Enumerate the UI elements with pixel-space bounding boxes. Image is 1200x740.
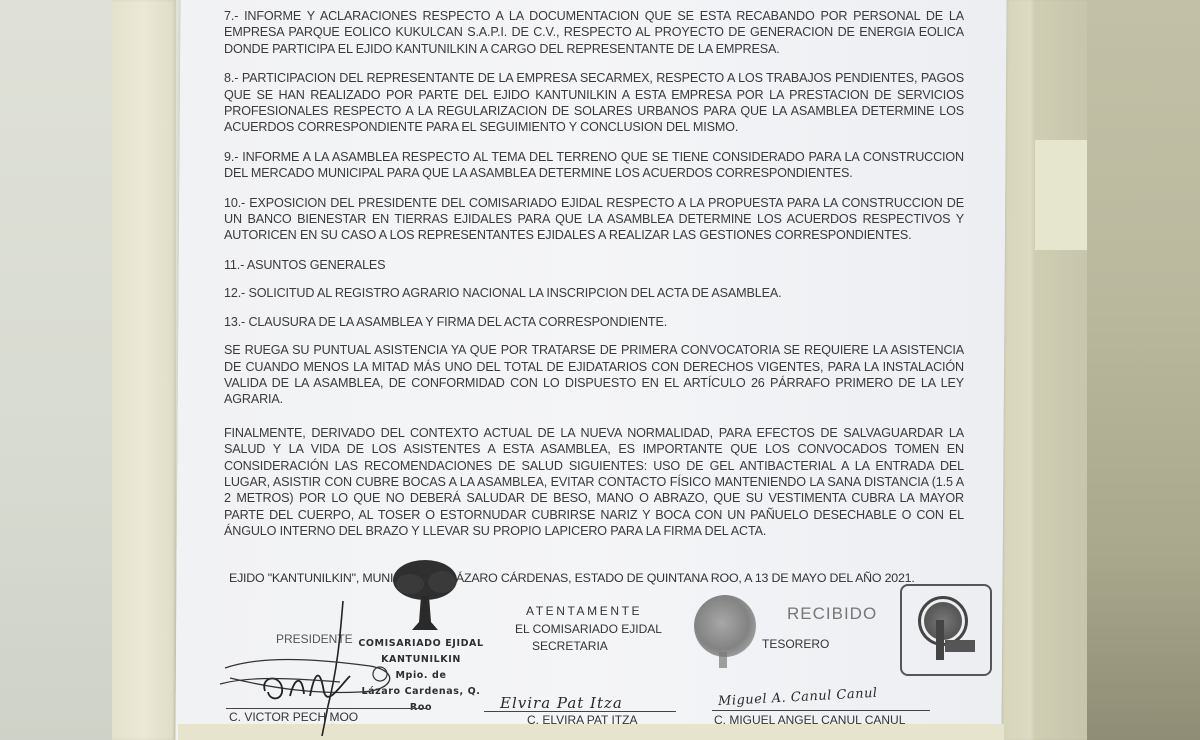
background-left: [0, 0, 112, 740]
secretaria-role: SECRETARIA: [532, 639, 608, 653]
tape-strip-left: [112, 0, 176, 740]
signature-line-treasurer: [712, 710, 930, 711]
health-notice: FINALMENTE, DERIVADO DEL CONTEXTO ACTUAL…: [224, 425, 964, 540]
agenda-item-11: 11.- ASUNTOS GENERALES: [224, 257, 964, 273]
logo-bar-icon: [936, 620, 944, 660]
round-stamp-icon: [694, 595, 756, 657]
received-stamp: RECIBIDO: [787, 604, 877, 624]
agenda-item-8: 8.- PARTICIPACION DEL REPRESENTANTE DE L…: [224, 70, 964, 136]
signer-name-secretary: C. ELVIRA PAT ITZA: [527, 713, 637, 727]
agenda-item-7: 7.- INFORME Y ACLARACIONES RESPECTO A LA…: [224, 8, 964, 57]
comisariado-label: EL COMISARIADO EJIDAL: [515, 622, 662, 636]
closing-text: ATENTAMENTE: [526, 604, 642, 618]
agenda-item-12: 12.- SOLICITUD AL REGISTRO AGRARIO NACIO…: [224, 285, 964, 301]
agenda-item-9: 9.- INFORME A LA ASAMBLEA RESPECTO AL TE…: [224, 149, 964, 182]
signature-line-president: [226, 708, 426, 709]
signer-name-treasurer: C. MIGUEL ANGEL CANUL CANUL: [714, 713, 905, 727]
attendance-notice: SE RUEGA SU PUNTUAL ASISTENCIA YA QUE PO…: [224, 342, 964, 408]
agenda-item-13: 13.- CLAUSURA DE LA ASAMBLEA Y FIRMA DEL…: [224, 314, 964, 330]
tesorero-role: TESORERO: [762, 637, 829, 651]
place-and-date: EJIDO "KANTUNILKIN", MUNICIPIO DE LÁZARO…: [229, 571, 915, 585]
tape-patch: [1035, 140, 1087, 250]
document-body: 7.- INFORME Y ACLARACIONES RESPECTO A LA…: [224, 8, 964, 557]
signer-name-president: C. VICTOR PECH MOO: [229, 710, 358, 724]
secretary-signature: Elvira Pat Itza: [500, 694, 623, 712]
round-stamp-stem: [719, 652, 727, 668]
agenda-item-10: 10.- EXPOSICION DEL PRESIDENTE DEL COMIS…: [224, 195, 964, 244]
signature-line-secretary: [484, 711, 676, 712]
background-right: [1087, 0, 1200, 740]
tape-strip-right: [1000, 0, 1087, 740]
logo-foot-icon: [945, 640, 975, 652]
